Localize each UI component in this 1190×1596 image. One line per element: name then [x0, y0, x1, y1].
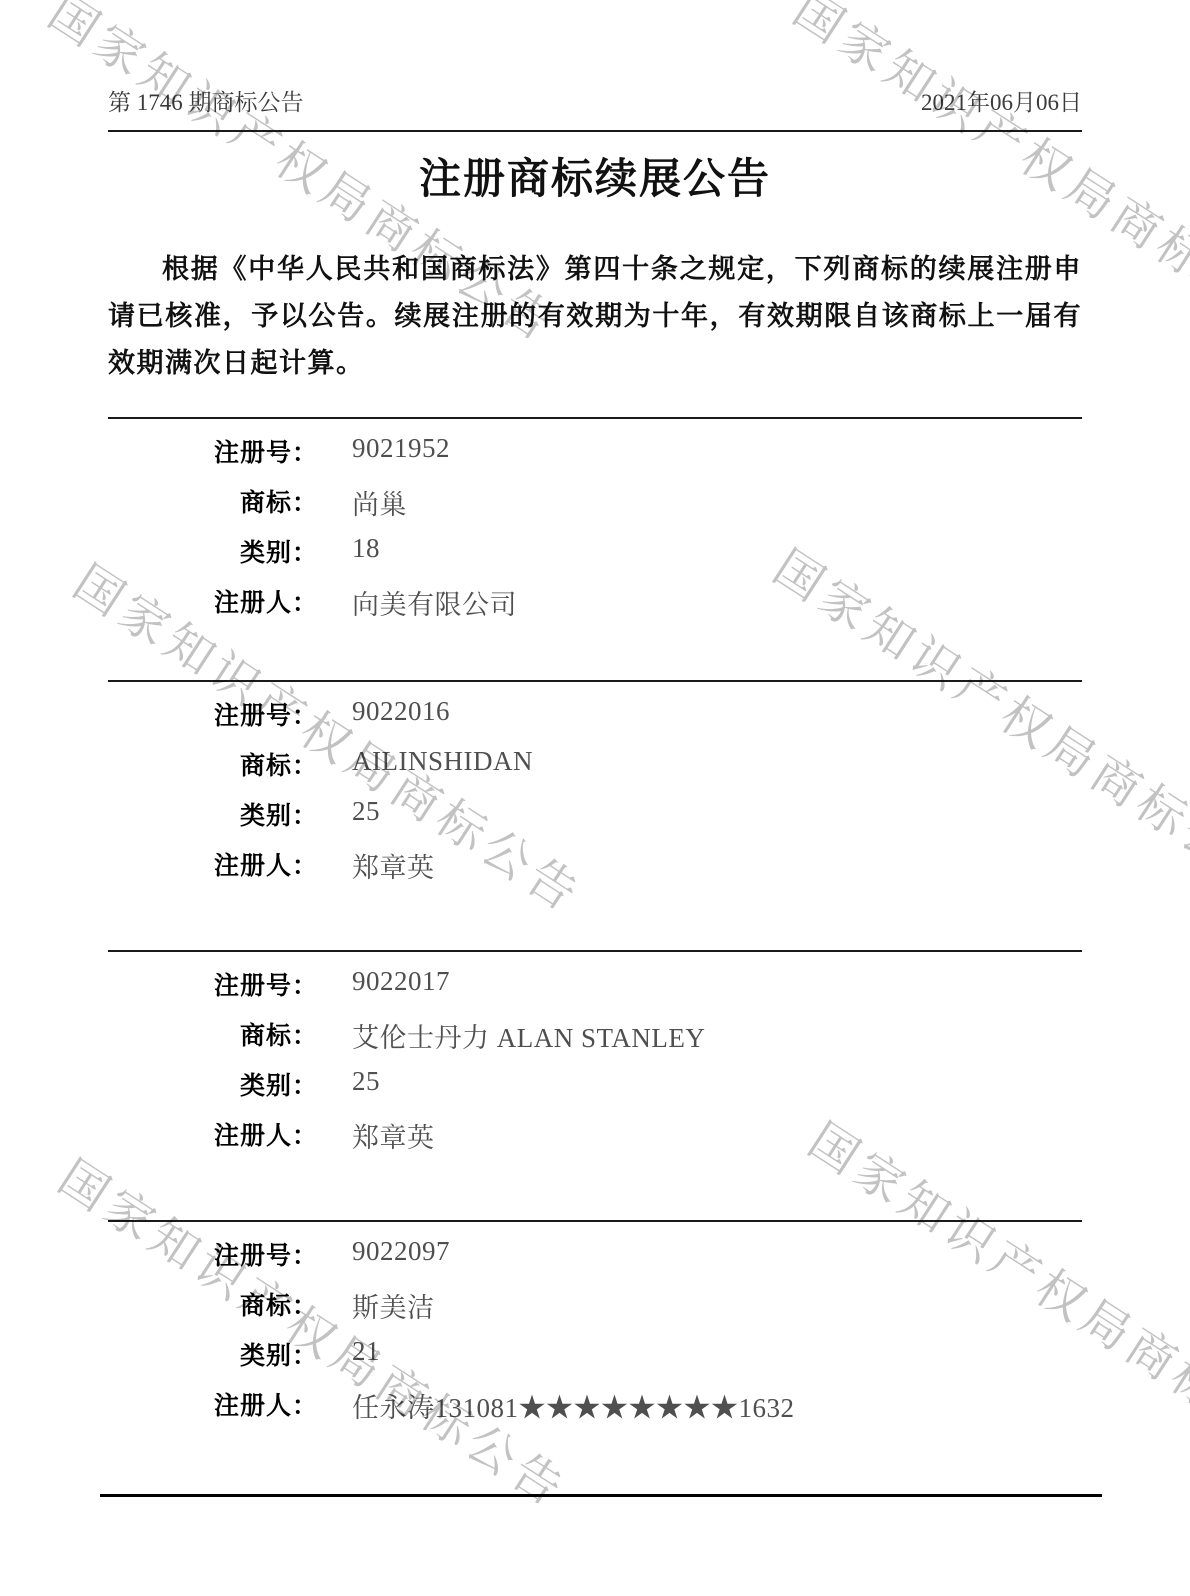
- mark-value: 斯美洁: [318, 1286, 435, 1325]
- record-row-registrant: 注册人： 任永涛131081★★★★★★★★1632: [108, 1386, 1082, 1436]
- record-row-mark: 商标： 艾伦士丹力 ALAN STANLEY: [108, 1016, 1082, 1066]
- category-value: 25: [318, 1066, 380, 1097]
- record-row-category: 类别： 18: [108, 533, 1082, 583]
- mark-label: 商标：: [108, 483, 318, 519]
- announcement-page: 第 1746 期商标公告 2021年06月06日 注册商标续展公告 根据《中华人…: [0, 0, 1190, 1596]
- mark-label: 商标：: [108, 1286, 318, 1322]
- record-row-regno: 注册号： 9022016: [108, 696, 1082, 746]
- regno-label: 注册号：: [108, 966, 318, 1002]
- page-title: 注册商标续展公告: [0, 146, 1190, 206]
- category-label: 类别：: [108, 1336, 318, 1372]
- record-row-mark: 商标： 尚巢: [108, 483, 1082, 533]
- registrant-value: 向美有限公司: [318, 583, 517, 622]
- record-row-mark: 商标： AILINSHIDAN: [108, 746, 1082, 796]
- record-row-regno: 注册号： 9021952: [108, 433, 1082, 483]
- regno-value: 9021952: [318, 433, 450, 464]
- issue-number: 第 1746 期商标公告: [108, 84, 304, 117]
- category-label: 类别：: [108, 533, 318, 569]
- category-label: 类别：: [108, 796, 318, 832]
- regno-label: 注册号：: [108, 1236, 318, 1272]
- intro-paragraph: 根据《中华人民共和国商标法》第四十条之规定，下列商标的续展注册申请已核准，予以公…: [108, 246, 1082, 387]
- regno-value: 9022017: [318, 966, 450, 997]
- mark-label: 商标：: [108, 746, 318, 782]
- trademark-record: 注册号： 9022097 商标： 斯美洁 类别： 21 注册人： 任永涛1310…: [108, 1220, 1082, 1436]
- record-row-registrant: 注册人： 郑章英: [108, 1116, 1082, 1166]
- record-row-category: 类别： 21: [108, 1336, 1082, 1386]
- record-row-registrant: 注册人： 郑章英: [108, 846, 1082, 896]
- mark-label: 商标：: [108, 1016, 318, 1052]
- record-row-regno: 注册号： 9022097: [108, 1236, 1082, 1286]
- category-value: 25: [318, 796, 380, 827]
- regno-value: 9022097: [318, 1236, 450, 1267]
- record-row-category: 类别： 25: [108, 1066, 1082, 1116]
- category-value: 21: [318, 1336, 380, 1367]
- registrant-label: 注册人：: [108, 1116, 318, 1152]
- record-row-registrant: 注册人： 向美有限公司: [108, 583, 1082, 633]
- bottom-divider: [100, 1494, 1102, 1497]
- category-value: 18: [318, 533, 380, 564]
- mark-value: 尚巢: [318, 483, 407, 522]
- registrant-value: 郑章英: [318, 846, 435, 885]
- trademark-record: 注册号： 9022016 商标： AILINSHIDAN 类别： 25 注册人：…: [108, 680, 1082, 896]
- regno-value: 9022016: [318, 696, 450, 727]
- trademark-record: 注册号： 9021952 商标： 尚巢 类别： 18 注册人： 向美有限公司: [108, 417, 1082, 633]
- registrant-label: 注册人：: [108, 1386, 318, 1422]
- publication-date: 2021年06月06日: [921, 84, 1082, 117]
- record-row-mark: 商标： 斯美洁: [108, 1286, 1082, 1336]
- record-row-regno: 注册号： 9022017: [108, 966, 1082, 1016]
- registrant-value: 郑章英: [318, 1116, 435, 1155]
- trademark-record: 注册号： 9022017 商标： 艾伦士丹力 ALAN STANLEY 类别： …: [108, 950, 1082, 1166]
- regno-label: 注册号：: [108, 433, 318, 469]
- category-label: 类别：: [108, 1066, 318, 1102]
- mark-value: 艾伦士丹力 ALAN STANLEY: [318, 1016, 705, 1055]
- mark-value: AILINSHIDAN: [318, 746, 533, 777]
- header-divider: [108, 130, 1082, 132]
- record-row-category: 类别： 25: [108, 796, 1082, 846]
- page-header: 第 1746 期商标公告 2021年06月06日: [108, 84, 1082, 117]
- registrant-value: 任永涛131081★★★★★★★★1632: [318, 1386, 795, 1425]
- regno-label: 注册号：: [108, 696, 318, 732]
- registrant-label: 注册人：: [108, 583, 318, 619]
- registrant-label: 注册人：: [108, 846, 318, 882]
